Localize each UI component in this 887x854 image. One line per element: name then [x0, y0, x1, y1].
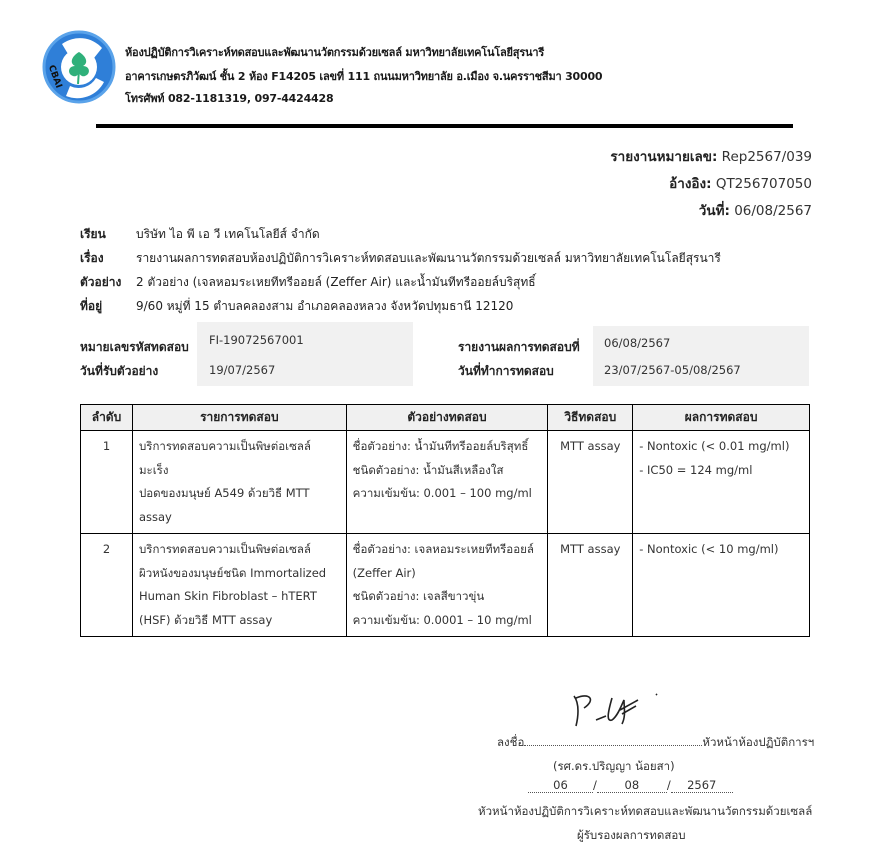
col-sample: ตัวอย่างทดสอบ	[346, 405, 548, 431]
header-rule	[96, 124, 793, 128]
cell-item: บริการทดสอบความเป็นพิษต่อเซลล์มะเร็งปอดข…	[132, 431, 346, 534]
test-period-label: วันที่ทำการทดสอบ	[458, 362, 554, 381]
signer-name: (รศ.ดร.ปริญญา น้อยสา)	[553, 758, 675, 776]
cell-item-line: (HSF) ด้วยวิธี MTT assay	[139, 609, 340, 633]
cell-no: 2	[81, 534, 133, 637]
reference: อ้างอิง: QT256707050	[669, 172, 812, 194]
report-number-label: รายงานหมายเลข:	[610, 149, 717, 165]
col-method: วิธีทดสอบ	[548, 405, 633, 431]
reference-value: QT256707050	[716, 176, 812, 192]
sign-prefix: ลงชื่อ	[497, 735, 524, 749]
cell-item: บริการทดสอบความเป็นพิษต่อเซลล์ผิวหนังของ…	[132, 534, 346, 637]
cell-item-line: ผิวหนังของมนุษย์ชนิด Immortalized	[139, 562, 340, 586]
cell-result: - Nontoxic (< 10 mg/ml)	[633, 534, 810, 637]
report-date-detail-value: 06/08/2567	[604, 336, 670, 350]
cell-sample-line: ชื่อตัวอย่าง: น้ำมันทีทรีออยล์บริสุทธิ์	[353, 435, 542, 459]
received-label: วันที่รับตัวอย่าง	[80, 362, 158, 381]
info-value: 2 ตัวอย่าง (เจลหอมระเหยทีทรีออยล์ (Zeffe…	[136, 275, 536, 289]
signer-position: หัวหน้าห้องปฏิบัติการวิเคราะห์ทดสอบและพั…	[478, 803, 812, 821]
sign-suffix: หัวหน้าห้องปฏิบัติการฯ	[702, 735, 814, 749]
cell-result-line: - IC50 = 124 mg/ml	[639, 459, 803, 483]
reference-label: อ้างอิง:	[669, 176, 711, 192]
lab-phone: โทรศัพท์ 082-1181319, 097-4424428	[125, 89, 333, 107]
cell-sample-line: ความเข้มข้น: 0.0001 – 10 mg/ml	[353, 609, 542, 633]
table-row: 1บริการทดสอบความเป็นพิษต่อเซลล์มะเร็งปอด…	[81, 431, 810, 534]
report-number: รายงานหมายเลข: Rep2567/039	[610, 145, 812, 167]
cell-result-line: - Nontoxic (< 10 mg/ml)	[639, 538, 803, 562]
col-item: รายการทดสอบ	[132, 405, 346, 431]
table-row: 2บริการทดสอบความเป็นพิษต่อเซลล์ผิวหนังขอ…	[81, 534, 810, 637]
table-header-row: ลำดับ รายการทดสอบ ตัวอย่างทดสอบ วิธีทดสอ…	[81, 405, 810, 431]
sign-year: 2567	[671, 778, 733, 793]
cell-sample-line: (Zeffer Air)	[353, 562, 542, 586]
info-sample: ตัวอย่าง2 ตัวอย่าง (เจลหอมระเหยทีทรีออยล…	[80, 273, 536, 292]
sign-month: 08	[597, 778, 667, 793]
sign-day: 06	[528, 778, 593, 793]
report-date-value: 06/08/2567	[734, 203, 812, 219]
cell-method: MTT assay	[548, 534, 633, 637]
cell-sample-line: ชนิดตัวอย่าง: เจลสีขาวขุ่น	[353, 585, 542, 609]
info-value: รายงานผลการทดสอบห้องปฏิบัติการวิเคราะห์ท…	[136, 251, 721, 265]
info-to: เรียนบริษัท ไอ พี เอ วี เทคโนโลยีส์ จำกั…	[80, 225, 320, 244]
cell-sample: ชื่อตัวอย่าง: น้ำมันทีทรีออยล์บริสุทธิ์ช…	[346, 431, 548, 534]
received-value: 19/07/2567	[209, 363, 275, 377]
cell-sample: ชื่อตัวอย่าง: เจลหอมระเหยทีทรีออยล์(Zeff…	[346, 534, 548, 637]
col-result: ผลการทดสอบ	[633, 405, 810, 431]
cell-sample-line: ชื่อตัวอย่าง: เจลหอมระเหยทีทรีออยล์	[353, 538, 542, 562]
info-key: เรียน	[80, 225, 136, 244]
sign-date: 06/08/2567	[528, 778, 733, 793]
info-subject: เรื่องรายงานผลการทดสอบห้องปฏิบัติการวิเค…	[80, 249, 721, 268]
signature-icon	[566, 690, 676, 730]
cell-no: 1	[81, 431, 133, 534]
sign-dotted-line	[524, 745, 702, 746]
info-key: ที่อยู่	[80, 297, 136, 316]
info-value: บริษัท ไอ พี เอ วี เทคโนโลยีส์ จำกัด	[136, 227, 320, 241]
signature-image	[566, 690, 676, 734]
lab-logo: CBAI	[42, 30, 116, 104]
test-code-label: หมายเลขรหัสทดสอบ	[80, 338, 189, 357]
results-table: ลำดับ รายการทดสอบ ตัวอย่างทดสอบ วิธีทดสอ…	[80, 404, 810, 637]
signer-role: ผู้รับรองผลการทดสอบ	[577, 827, 686, 845]
info-key: เรื่อง	[80, 249, 136, 268]
lab-name: ห้องปฏิบัติการวิเคราะห์ทดสอบและพัฒนานวัต…	[125, 43, 544, 61]
cell-sample-line: ชนิดตัวอย่าง: น้ำมันสีเหลืองใส	[353, 459, 542, 483]
cell-item-line: Human Skin Fibroblast – hTERT	[139, 585, 340, 609]
report-date-label: วันที่:	[699, 203, 730, 219]
lab-address: อาคารเกษตรภิวัฒน์ ชั้น 2 ห้อง F14205 เลข…	[125, 67, 602, 85]
test-period-value: 23/07/2567-05/08/2567	[604, 363, 741, 377]
report-date: วันที่: 06/08/2567	[699, 199, 812, 221]
test-code-value: FI-19072567001	[209, 333, 304, 347]
cbai-logo-icon: CBAI	[42, 30, 116, 104]
cell-result: - Nontoxic (< 0.01 mg/ml)- IC50 = 124 mg…	[633, 431, 810, 534]
cell-sample-line: ความเข้มข้น: 0.001 – 100 mg/ml	[353, 482, 542, 506]
info-key: ตัวอย่าง	[80, 273, 136, 292]
cell-item-line: บริการทดสอบความเป็นพิษต่อเซลล์	[139, 538, 340, 562]
cell-method: MTT assay	[548, 431, 633, 534]
cell-item-line: ปอดของมนุษย์ A549 ด้วยวิธี MTT assay	[139, 482, 340, 529]
sign-line: ลงชื่อหัวหน้าห้องปฏิบัติการฯ	[497, 734, 814, 752]
info-value: 9/60 หมู่ที่ 15 ตำบลคลองสาม อำเภอคลองหลว…	[136, 299, 513, 313]
col-no: ลำดับ	[81, 405, 133, 431]
report-date-detail-label: รายงานผลการทดสอบที่	[458, 338, 580, 357]
detail-box-right	[593, 326, 809, 386]
report-number-value: Rep2567/039	[722, 149, 812, 165]
cell-item-line: บริการทดสอบความเป็นพิษต่อเซลล์มะเร็ง	[139, 435, 340, 482]
cell-result-line: - Nontoxic (< 0.01 mg/ml)	[639, 435, 803, 459]
info-address: ที่อยู่9/60 หมู่ที่ 15 ตำบลคลองสาม อำเภอ…	[80, 297, 513, 316]
